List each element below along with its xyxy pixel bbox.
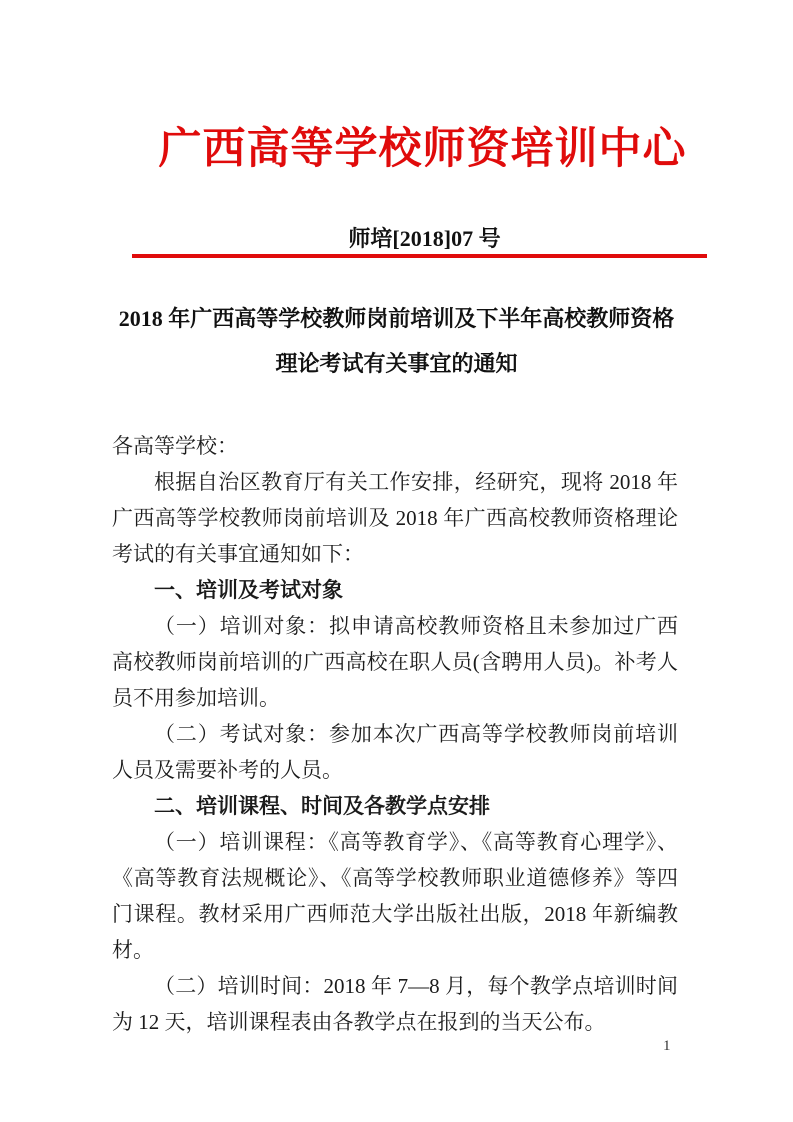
paragraph-schedule: （二）培训时间：2018 年 7—8 月，每个教学点培训时间为 12 天，培训课… (112, 968, 678, 1040)
page-number: 1 (663, 1038, 671, 1054)
doc-title-line1: 2018 年广西高等学校教师岗前培训及下半年高校教师资格 (0, 296, 793, 341)
doc-title: 2018 年广西高等学校教师岗前培训及下半年高校教师资格 理论考试有关事宜的通知 (0, 296, 793, 386)
intro-paragraph: 根据自治区教育厅有关工作安排，经研究，现将 2018 年广西高等学校教师岗前培训… (112, 464, 678, 572)
salutation: 各高等学校： (112, 428, 678, 464)
section-heading-1: 一、培训及考试对象 (112, 572, 678, 608)
document-body: 各高等学校： 根据自治区教育厅有关工作安排，经研究，现将 2018 年广西高等学… (112, 428, 678, 1040)
paragraph-training-target: （一）培训对象：拟申请高校教师资格且未参加过广西高校教师岗前培训的广西高校在职人… (112, 608, 678, 716)
doc-title-line2: 理论考试有关事宜的通知 (0, 341, 793, 386)
doc-number: 师培[2018]07 号 (28, 224, 793, 254)
org-title: 广西高等学校师资培训中心 (26, 114, 793, 186)
document-page: 广西高等学校师资培训中心 师培[2018]07 号 2018 年广西高等学校教师… (0, 0, 793, 1122)
paragraph-courses: （一）培训课程：《高等教育学》、《高等教育心理学》、《高等教育法规概论》、《高等… (112, 824, 678, 968)
red-divider-rule (132, 254, 707, 258)
paragraph-exam-target: （二）考试对象：参加本次广西高等学校教师岗前培训人员及需要补考的人员。 (112, 716, 678, 788)
section-heading-2: 二、培训课程、时间及各教学点安排 (112, 788, 678, 824)
